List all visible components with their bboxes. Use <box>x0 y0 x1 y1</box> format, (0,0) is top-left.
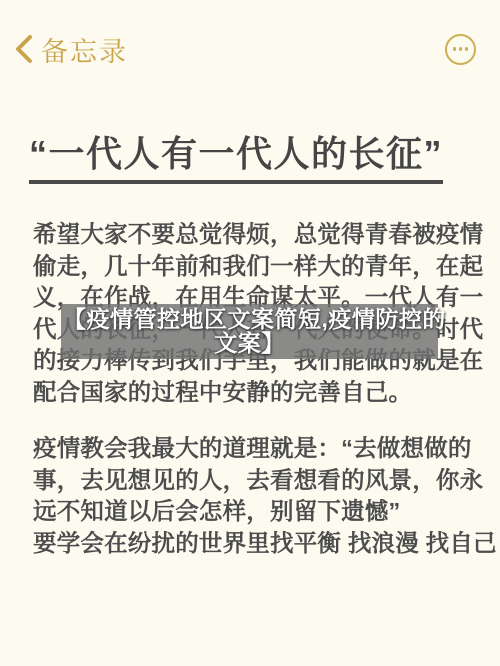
back-label: 备忘录 <box>41 30 128 69</box>
text-line: 疫情教会我最大的道理就是：“去做想做的 <box>33 433 478 465</box>
watermark-line-2: 文案】 <box>63 331 436 355</box>
back-button[interactable]: 备忘录 <box>14 30 128 69</box>
text-line: 事，去见想见的人，去看想看的风景，你永 <box>33 465 478 497</box>
text-line: 偷走，几十年前和我们一样大的青年，在起 <box>33 251 478 283</box>
chevron-left-icon <box>14 34 33 64</box>
text-line: 要学会在纷扰的世界里找平衡 找浪漫 找自己 <box>33 528 478 560</box>
text-line: 远不知道以后会怎样，别留下遗憾” <box>33 496 478 528</box>
watermark-overlay: 【疫情管控地区文案简短,疫情防控的 文案】 <box>61 304 438 359</box>
text-line: 配合国家的过程中安静的完善自己。 <box>33 377 478 409</box>
note-paragraph-2: 疫情教会我最大的道理就是：“去做想做的 事，去见想见的人，去看想看的风景，你永 … <box>33 433 478 559</box>
ellipsis-icon <box>453 47 469 51</box>
note-title: “一代人有一代人的长征” <box>29 126 443 177</box>
memo-note-screen: 备忘录 “一代人有一代人的长征” 希望大家不要总觉得烦，总觉得青春被疫情 偷走，… <box>0 0 500 666</box>
header-bar: 备忘录 <box>0 30 500 68</box>
more-options-button[interactable] <box>445 34 476 65</box>
text-line: 希望大家不要总觉得烦，总觉得青春被疫情 <box>33 219 478 251</box>
note-title-text: “一代人有一代人的长征” <box>29 133 443 184</box>
watermark-line-1: 【疫情管控地区文案简短,疫情防控的 <box>63 307 436 331</box>
